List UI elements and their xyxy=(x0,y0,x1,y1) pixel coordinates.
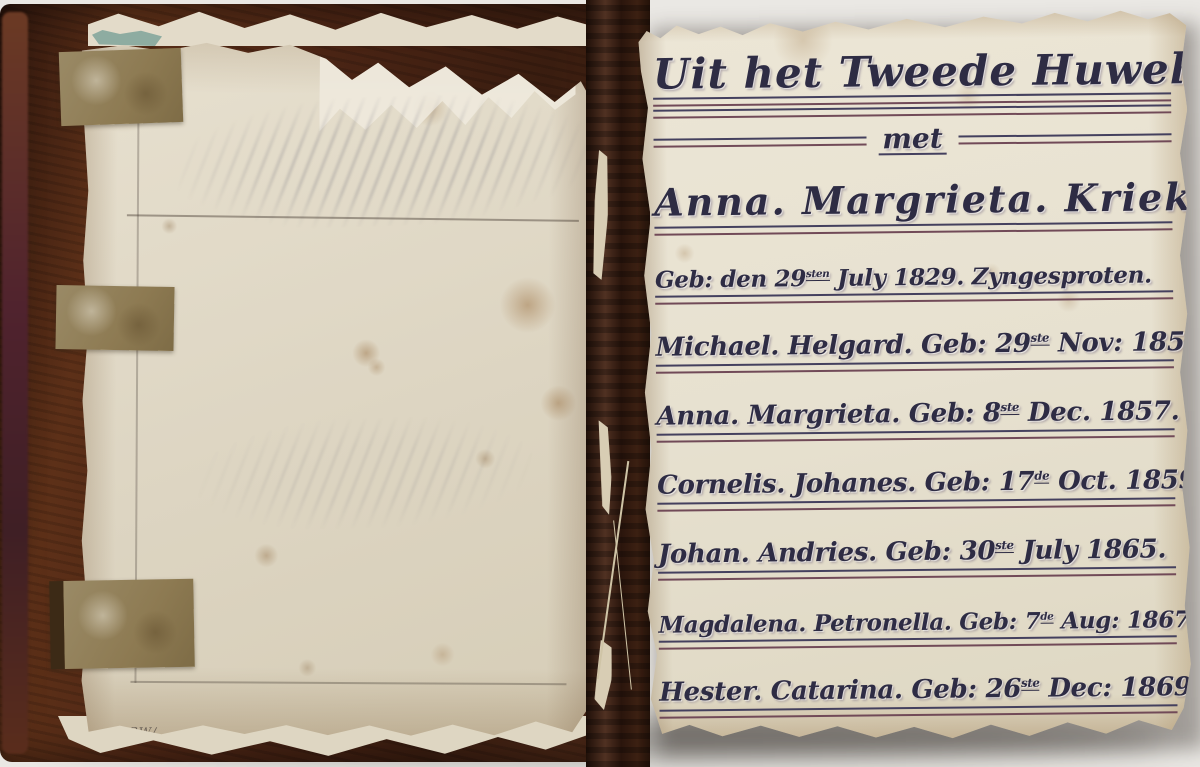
entry-post: Nov: 1855. xyxy=(1049,327,1200,359)
entry-pre: Michael. Helgard. Geb: 29 xyxy=(656,329,1031,363)
entry-post: Oct. 1859. xyxy=(1049,465,1200,497)
entry-post: Dec. 1857. xyxy=(1019,396,1180,428)
met-divider-row: met xyxy=(653,113,1171,166)
ordinal-superscript: ste xyxy=(1001,400,1020,415)
tape-repair-patch xyxy=(55,285,174,351)
ordinal-superscript: de xyxy=(1034,469,1049,484)
entry-pre: Cornelis. Johanes. Geb: 17 xyxy=(657,467,1035,501)
photo-of-open-antique-register: GW/ Uit het Tweede Huwelijk met Anna. Ma… xyxy=(0,0,1200,767)
spouse-name-row: Anna. Margrieta. Kriek. xyxy=(654,161,1173,235)
spouse-birth-row: Geb: den 29sten July 1829. Zyngesproten. xyxy=(655,230,1174,304)
ruled-line xyxy=(654,136,867,147)
entry-post: July 1865. xyxy=(1014,534,1167,566)
entry-pre: Hester. Catarina. Geb: 26 xyxy=(659,674,1021,708)
register-entry: Johan. Andries. Geb: 30ste July 1865. xyxy=(657,506,1176,580)
register-title: Uit het Tweede Huwelijk xyxy=(653,46,1171,98)
ruled-line xyxy=(959,133,1172,144)
entry-post: Aug: 1867. xyxy=(1053,606,1197,635)
spouse-name: Anna. Margrieta. Kriek. xyxy=(654,174,1172,224)
entry-pre: Anna. Margrieta. Geb: 8 xyxy=(656,398,1001,432)
register-entry: Anna. Margrieta. Geb: 8ste Dec. 1857. xyxy=(656,368,1175,442)
entry-text: Anna. Margrieta. Geb: 8ste Dec. 1857. xyxy=(656,396,1174,431)
register-title-row: Uit het Tweede Huwelijk xyxy=(652,21,1171,118)
ordinal-superscript: ste xyxy=(995,538,1014,553)
entry-pre: Geb: den 29 xyxy=(655,265,806,294)
entry-text: Geb: den 29sten July 1829. Zyngesproten. xyxy=(655,261,1173,293)
right-manuscript-page: Uit het Tweede Huwelijk met Anna. Margri… xyxy=(638,7,1194,743)
ordinal-superscript: ste xyxy=(1021,676,1040,691)
entry-post: Dec: 1869. xyxy=(1039,672,1200,704)
tape-repair-patch xyxy=(59,48,184,126)
register-entry: Hester. Catarina. Geb: 26ste Dec: 1869. xyxy=(659,644,1178,718)
entry-text: Hester. Catarina. Geb: 26ste Dec: 1869. xyxy=(659,672,1177,707)
book-spine xyxy=(586,0,650,767)
ordinal-superscript: sten xyxy=(806,268,830,281)
ordinal-superscript: ste xyxy=(1031,331,1050,346)
entry-pre: Johan. Andries. Geb: 30 xyxy=(658,536,996,570)
connector-word: met xyxy=(878,125,947,156)
register-entry: Michael. Helgard. Geb: 29ste Nov: 1855. xyxy=(655,299,1174,373)
ordinal-superscript: de xyxy=(1040,611,1053,624)
register-entry: Cornelis. Johanes. Geb: 17de Oct. 1859. xyxy=(657,437,1176,511)
entry-text: Johan. Andries. Geb: 30ste July 1865. xyxy=(658,534,1176,569)
tape-repair-patch xyxy=(49,579,195,669)
entry-text: Magdalena. Petronella. Geb: 7de Aug: 186… xyxy=(658,606,1176,638)
entry-post: July 1829. Zyngesproten. xyxy=(829,262,1152,292)
entry-pre: Magdalena. Petronella. Geb: 7 xyxy=(658,608,1040,639)
register-entry: Magdalena. Petronella. Geb: 7de Aug: 186… xyxy=(658,575,1177,649)
entry-text: Cornelis. Johanes. Geb: 17de Oct. 1859. xyxy=(657,465,1175,500)
register-text-block: Uit het Tweede Huwelijk met Anna. Margri… xyxy=(652,21,1177,718)
entry-text: Michael. Helgard. Geb: 29ste Nov: 1855. xyxy=(656,327,1174,362)
